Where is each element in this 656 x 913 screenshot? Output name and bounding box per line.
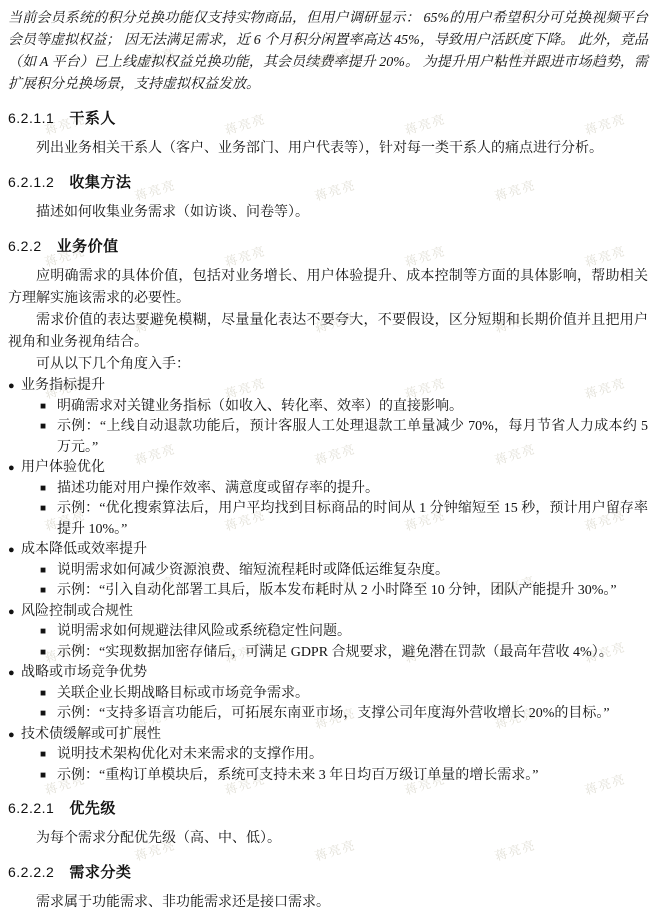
list-item: ●风险控制或合规性: [8, 602, 648, 623]
list-subitem-text: 示例：“优化搜索算法后，用户平均找到目标商品的时间从 1 分钟缩短至 15 秒，…: [57, 499, 648, 540]
intro-paragraph: 当前会员系统的积分兑换功能仅支持实物商品，但用户调研显示： 65%的用户希望积分…: [8, 8, 648, 96]
square-bullet-icon: ■: [40, 417, 57, 438]
circle-bullet-icon: ●: [8, 540, 21, 561]
square-bullet-icon: ■: [40, 766, 57, 787]
heading-number: 6.2.2.2: [8, 864, 54, 880]
list-subitem: ■说明技术架构优化对未来需求的支撑作用。: [8, 745, 648, 766]
list-subitem: ■描述功能对用户操作效率、满意度或留存率的提升。: [8, 479, 648, 500]
list-subitem: ■说明需求如何规避法律风险或系统稳定性问题。: [8, 622, 648, 643]
list-subitem-text: 示例：“引入自动化部署工具后，版本发布耗时从 2 小时降至 10 分钟，团队产能…: [57, 581, 648, 602]
square-bullet-icon: ■: [40, 581, 57, 602]
paragraph-value-2: 需求价值的表达要避免模糊，尽量量化表达不要夸大，不要假设，区分短期和长期价值并且…: [8, 310, 648, 354]
square-bullet-icon: ■: [40, 561, 57, 582]
list-item-label: 成本降低或效率提升: [21, 540, 648, 561]
circle-bullet-icon: ●: [8, 663, 21, 684]
list-item: ●业务指标提升: [8, 376, 648, 397]
square-bullet-icon: ■: [40, 397, 57, 418]
heading-business-value: 6.2.2业务价值: [8, 236, 648, 257]
paragraph-value-1: 应明确需求的具体价值，包括对业务增长、用户体验提升、成本控制等方面的具体影响，帮…: [8, 266, 648, 310]
heading-number: 6.2.2.1: [8, 800, 54, 816]
list-item: ●技术债缓解或可扩展性: [8, 725, 648, 746]
list-subitem-text: 明确需求对关键业务指标（如收入、转化率、效率）的直接影响。: [57, 397, 648, 418]
list-subitem-text: 说明需求如何减少资源浪费、缩短流程耗时或降低运维复杂度。: [57, 561, 648, 582]
list-subitem: ■关联企业长期战略目标或市场竞争需求。: [8, 684, 648, 705]
list-subitem-text: 描述功能对用户操作效率、满意度或留存率的提升。: [57, 479, 648, 500]
square-bullet-icon: ■: [40, 745, 57, 766]
list-subitem-text: 说明需求如何规避法律风险或系统稳定性问题。: [57, 622, 648, 643]
circle-bullet-icon: ●: [8, 602, 21, 623]
circle-bullet-icon: ●: [8, 376, 21, 397]
heading-number: 6.2.1.1: [8, 110, 54, 126]
document-page: { "watermark": { "text": "蒋亮亮" }, "marke…: [0, 0, 656, 913]
paragraph-value-3: 可从以下几个角度入手：: [8, 354, 648, 376]
heading-classification: 6.2.2.2需求分类: [8, 862, 648, 883]
list-item: ●成本降低或效率提升: [8, 540, 648, 561]
list-subitem-text: 示例：“支持多语言功能后，可拓展东南亚市场，支撑公司年度海外营收增长 20%的目…: [57, 704, 648, 725]
paragraph-classification: 需求属于功能需求、非功能需求还是接口需求。: [8, 892, 648, 913]
list-item-label: 风险控制或合规性: [21, 602, 648, 623]
list-subitem-text: 示例：“重构订单模块后，系统可支持未来 3 年日均百万级订单量的增长需求。”: [57, 766, 648, 787]
paragraph-collection: 描述如何收集业务需求（如访谈、问卷等）。: [8, 202, 648, 224]
heading-stakeholders: 6.2.1.1干系人: [8, 108, 648, 129]
heading-collection: 6.2.1.2收集方法: [8, 172, 648, 193]
list-subitem-text: 说明技术架构优化对未来需求的支撑作用。: [57, 745, 648, 766]
heading-number: 6.2.1.2: [8, 174, 54, 190]
list-item: ●用户体验优化: [8, 458, 648, 479]
list-subitem: ■明确需求对关键业务指标（如收入、转化率、效率）的直接影响。: [8, 397, 648, 418]
heading-title: 业务价值: [57, 238, 119, 255]
heading-title: 干系人: [69, 110, 116, 127]
list-item-label: 用户体验优化: [21, 458, 648, 479]
list-item: ●战略或市场竞争优势: [8, 663, 648, 684]
square-bullet-icon: ■: [40, 684, 57, 705]
list-subitem-text: 示例：“实现数据加密存储后，可满足 GDPR 合规要求，避免潜在罚款（最高年营收…: [57, 643, 648, 664]
square-bullet-icon: ■: [40, 704, 57, 725]
circle-bullet-icon: ●: [8, 725, 21, 746]
paragraph-stakeholders: 列出业务相关干系人（客户、业务部门、用户代表等），针对每一类干系人的痛点进行分析…: [8, 138, 648, 160]
paragraph-priority: 为每个需求分配优先级（高、中、低）。: [8, 828, 648, 850]
heading-priority: 6.2.2.1优先级: [8, 798, 648, 819]
list-item-label: 技术债缓解或可扩展性: [21, 725, 648, 746]
list-subitem: ■示例：“重构订单模块后，系统可支持未来 3 年日均百万级订单量的增长需求。”: [8, 766, 648, 787]
list-item-label: 业务指标提升: [21, 376, 648, 397]
square-bullet-icon: ■: [40, 622, 57, 643]
heading-title: 优先级: [69, 800, 116, 817]
square-bullet-icon: ■: [40, 643, 57, 664]
list-subitem: ■示例：“上线自动退款功能后，预计客服人工处理退款工单量减少 70%，每月节省人…: [8, 417, 648, 458]
square-bullet-icon: ■: [40, 499, 57, 520]
list-subitem: ■示例：“实现数据加密存储后，可满足 GDPR 合规要求，避免潜在罚款（最高年营…: [8, 643, 648, 664]
list-subitem: ■示例：“引入自动化部署工具后，版本发布耗时从 2 小时降至 10 分钟，团队产…: [8, 581, 648, 602]
list-subitem: ■示例：“优化搜索算法后，用户平均找到目标商品的时间从 1 分钟缩短至 15 秒…: [8, 499, 648, 540]
heading-number: 6.2.2: [8, 238, 42, 254]
document-content: 当前会员系统的积分兑换功能仅支持实物商品，但用户调研显示： 65%的用户希望积分…: [0, 0, 656, 913]
list-subitem: ■示例：“支持多语言功能后，可拓展东南亚市场，支撑公司年度海外营收增长 20%的…: [8, 704, 648, 725]
heading-title: 收集方法: [69, 174, 131, 191]
square-bullet-icon: ■: [40, 479, 57, 500]
list-subitem: ■说明需求如何减少资源浪费、缩短流程耗时或降低运维复杂度。: [8, 561, 648, 582]
circle-bullet-icon: ●: [8, 458, 21, 479]
list-item-label: 战略或市场竞争优势: [21, 663, 648, 684]
value-angle-list: ●业务指标提升 ■明确需求对关键业务指标（如收入、转化率、效率）的直接影响。 ■…: [8, 376, 648, 786]
list-subitem-text: 关联企业长期战略目标或市场竞争需求。: [57, 684, 648, 705]
list-subitem-text: 示例：“上线自动退款功能后，预计客服人工处理退款工单量减少 70%，每月节省人力…: [57, 417, 648, 458]
heading-title: 需求分类: [69, 864, 131, 881]
